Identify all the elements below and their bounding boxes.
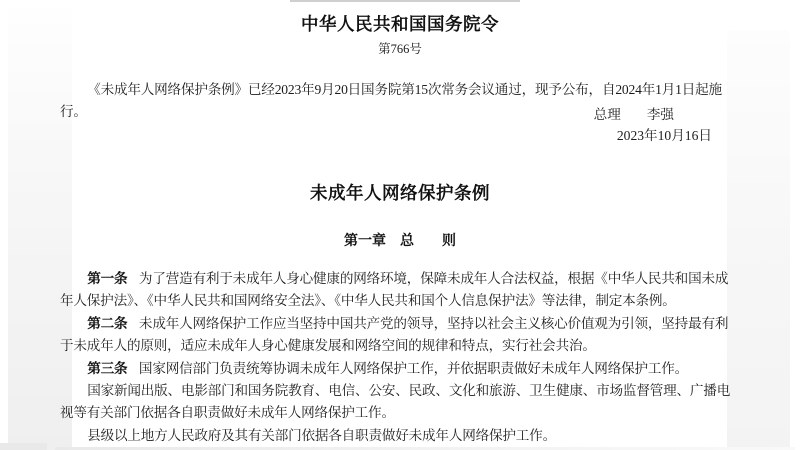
article-text: 为了营造有利于未成年人身心健康的网络环境，保障未成年人合法权益，根据《中华人民共…	[60, 271, 728, 308]
regulation-title: 未成年人网络保护条例	[60, 180, 740, 205]
signature-line: 总理李强	[60, 103, 740, 123]
article-label: 第二条	[87, 316, 127, 331]
article-paragraph: 第三条国家网信部门负责统筹协调未成年人网络保护工作，并依据职责做好未成年人网络保…	[60, 358, 740, 380]
article-label: 第三条	[87, 361, 127, 376]
article-label: 第一条	[87, 271, 127, 286]
bottom-left-crop-block	[0, 443, 47, 450]
article-paragraph: 国家新闻出版、电影部门和国务院教育、电信、公安、民政、文化和旅游、卫生健康、市场…	[60, 380, 740, 425]
signer-name: 李强	[647, 107, 674, 122]
article-paragraph: 第二条未成年人网络保护工作应当坚持中国共产党的领导，坚持以社会主义核心价值观为引…	[60, 313, 740, 358]
order-title: 中华人民共和国国务院令	[60, 11, 740, 36]
article-text: 国家网信部门负责统筹协调未成年人网络保护工作，并依据职责做好未成年人网络保护工作…	[139, 361, 688, 376]
article-text: 未成年人网络保护工作应当坚持中国共产党的领导，坚持以社会主义核心价值观为引领，坚…	[60, 316, 728, 353]
article-text: 县级以上地方人民政府及其有关部门依据各自职责做好未成年人网络保护工作。	[87, 428, 556, 443]
document-page: 中华人民共和国国务院令 第766号 《未成年人网络保护条例》已经2023年9月2…	[0, 0, 800, 450]
top-crop-rule	[290, 0, 520, 2]
articles-body: 第一条为了营造有利于未成年人身心健康的网络环境，保障未成年人合法权益，根据《中华…	[60, 268, 740, 447]
chapter-heading: 第一章 总 则	[60, 230, 740, 250]
article-paragraph: 县级以上地方人民政府及其有关部门依据各自职责做好未成年人网络保护工作。	[60, 425, 740, 447]
article-paragraph: 第一条为了营造有利于未成年人身心健康的网络环境，保障未成年人合法权益，根据《中华…	[60, 268, 740, 313]
article-text: 国家新闻出版、电影部门和国务院教育、电信、公安、民政、文化和旅游、卫生健康、市场…	[60, 383, 730, 420]
signer-role: 总理	[594, 107, 621, 122]
order-number: 第766号	[60, 39, 740, 57]
sign-date: 2023年10月16日	[60, 124, 740, 144]
